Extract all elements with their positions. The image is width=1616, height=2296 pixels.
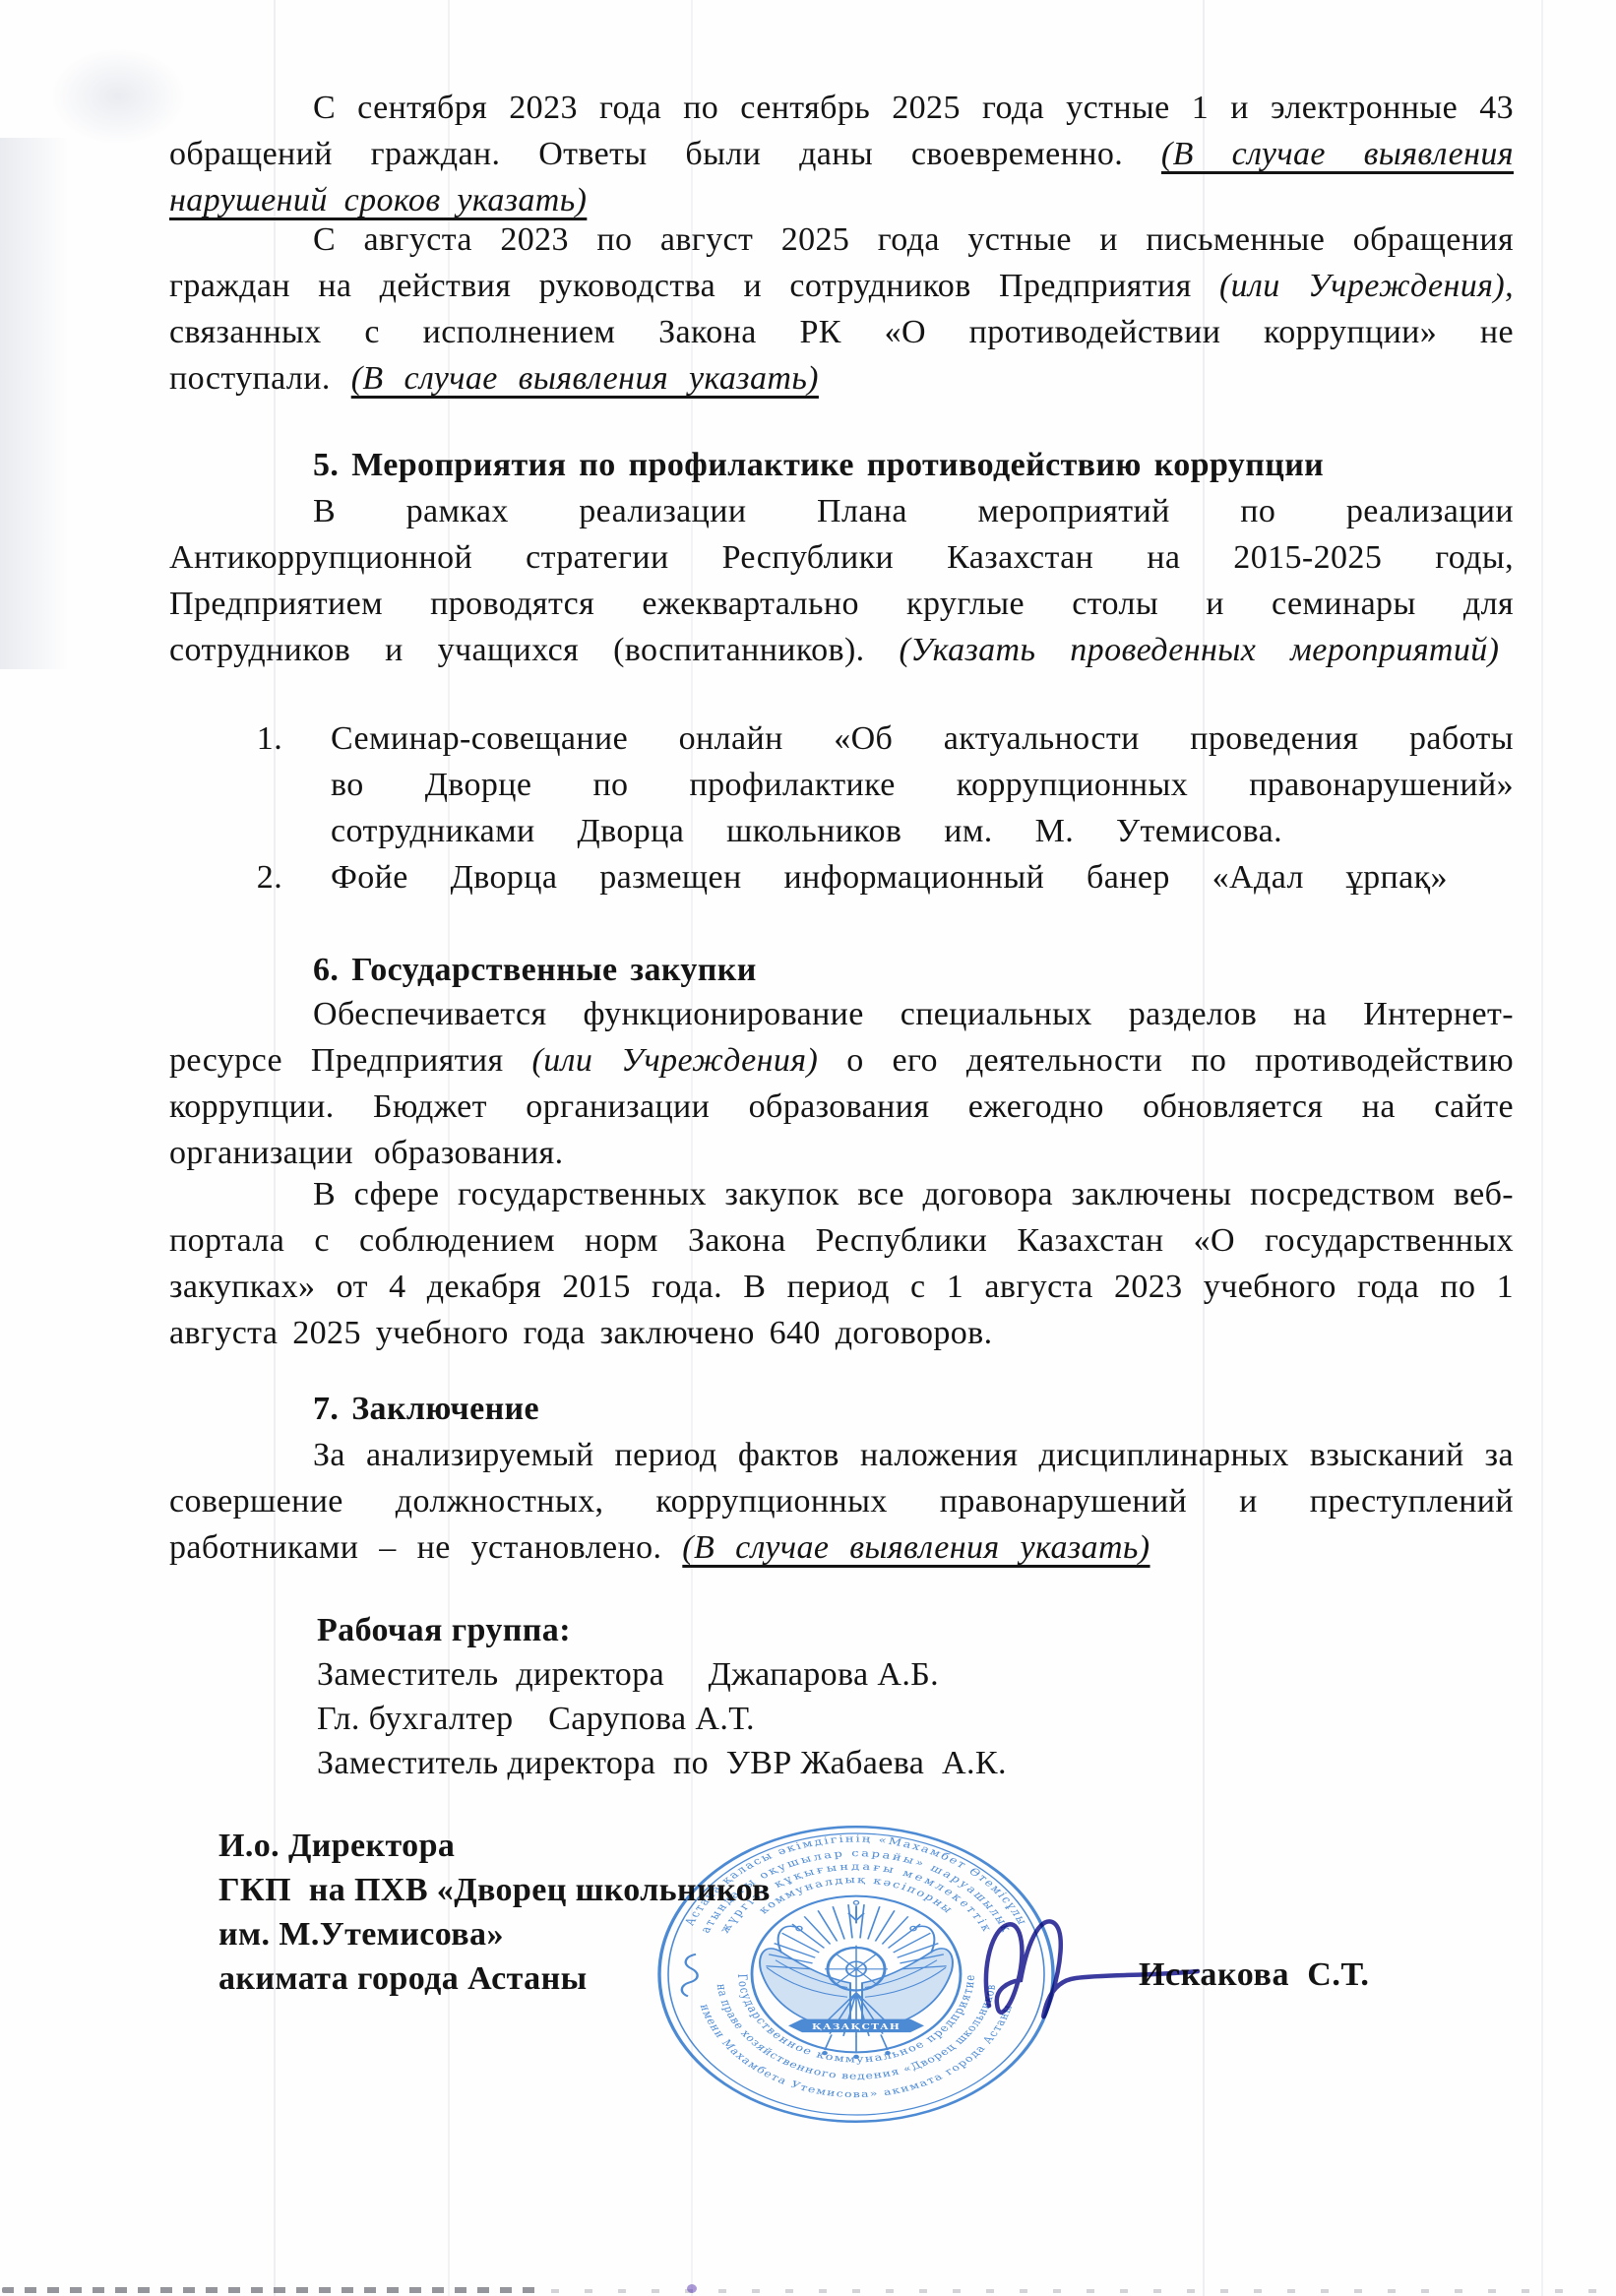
emblem-banner-text: ҚАЗАҚСТАН	[812, 2022, 901, 2031]
working-group-member: Гл. бухгалтер Сарупова А.Т.	[169, 1696, 1596, 1742]
stamp-ornament-icon	[682, 1955, 698, 1997]
emblem-wing-right	[862, 1926, 953, 2029]
working-group-member: Заместитель директора по УВР Жабаева А.К…	[169, 1740, 1596, 1786]
section-7-heading: 7. Заключение	[169, 1386, 1514, 1432]
italic-clause: (или Учреждения)	[531, 1042, 818, 1079]
scan-noise-dot	[687, 2284, 697, 2293]
scanned-document-page: { "doc": { "p1": { "t1": "С сентября 202…	[0, 0, 1616, 2296]
paragraph-procurement-contracts: В сфере государственных закупок все дого…	[169, 1171, 1514, 1356]
scan-streak	[1541, 0, 1543, 2296]
template-note: (В случае выявления указать)	[351, 360, 819, 397]
emblem-wing-left	[760, 1926, 850, 2029]
paragraph-conclusion: За анализируемый период фактов наложения…	[169, 1432, 1514, 1571]
heading-text: 7. Заключение	[169, 1386, 1514, 1432]
list-item: Фойе Дворца размещен информационный бане…	[325, 854, 1514, 900]
scan-noise-bottom	[2, 2287, 538, 2293]
heading-text: 5. Мероприятия по профилактике противоде…	[169, 442, 1514, 488]
events-list: Семинар-совещание онлайн «Об актуальност…	[169, 715, 1514, 900]
paragraph-appeals-corruption: С августа 2023 по август 2025 года устны…	[169, 217, 1514, 402]
paragraph-citizen-appeals: С сентября 2023 года по сентябрь 2025 го…	[169, 85, 1514, 223]
paragraph-procurement-website: Обеспечивается функционирование специаль…	[169, 991, 1514, 1176]
template-note: (В случае выявления указать)	[682, 1529, 1150, 1566]
scan-noise-bottom	[551, 2289, 1609, 2293]
working-group-heading: Рабочая группа:	[169, 1607, 1596, 1653]
template-note-italic: (Указать проведенных мероприятий)	[899, 632, 1499, 668]
section-5-heading: 5. Мероприятия по профилактике противоде…	[169, 442, 1514, 488]
handwritten-signature	[960, 1907, 1206, 2040]
signature-stroke	[986, 1921, 1198, 2017]
paragraph-anticorruption-plan: В рамках реализации Плана мероприятий по…	[169, 488, 1514, 673]
list-item: Семинар-совещание онлайн «Об актуальност…	[325, 715, 1514, 854]
scan-smudge-left	[0, 138, 69, 669]
paragraph-text: В сфере государственных закупок все дого…	[169, 1171, 1514, 1356]
heading-text: 6. Государственные закупки	[169, 947, 1514, 993]
italic-clause: (или Учреждения),	[1219, 268, 1514, 304]
scan-smudge-topleft	[49, 47, 187, 146]
working-group-member: Заместитель директора Джапарова А.Б.	[169, 1651, 1596, 1698]
section-6-heading: 6. Государственные закупки	[169, 947, 1514, 993]
document-page: С сентября 2023 года по сентябрь 2025 го…	[0, 0, 1616, 2296]
